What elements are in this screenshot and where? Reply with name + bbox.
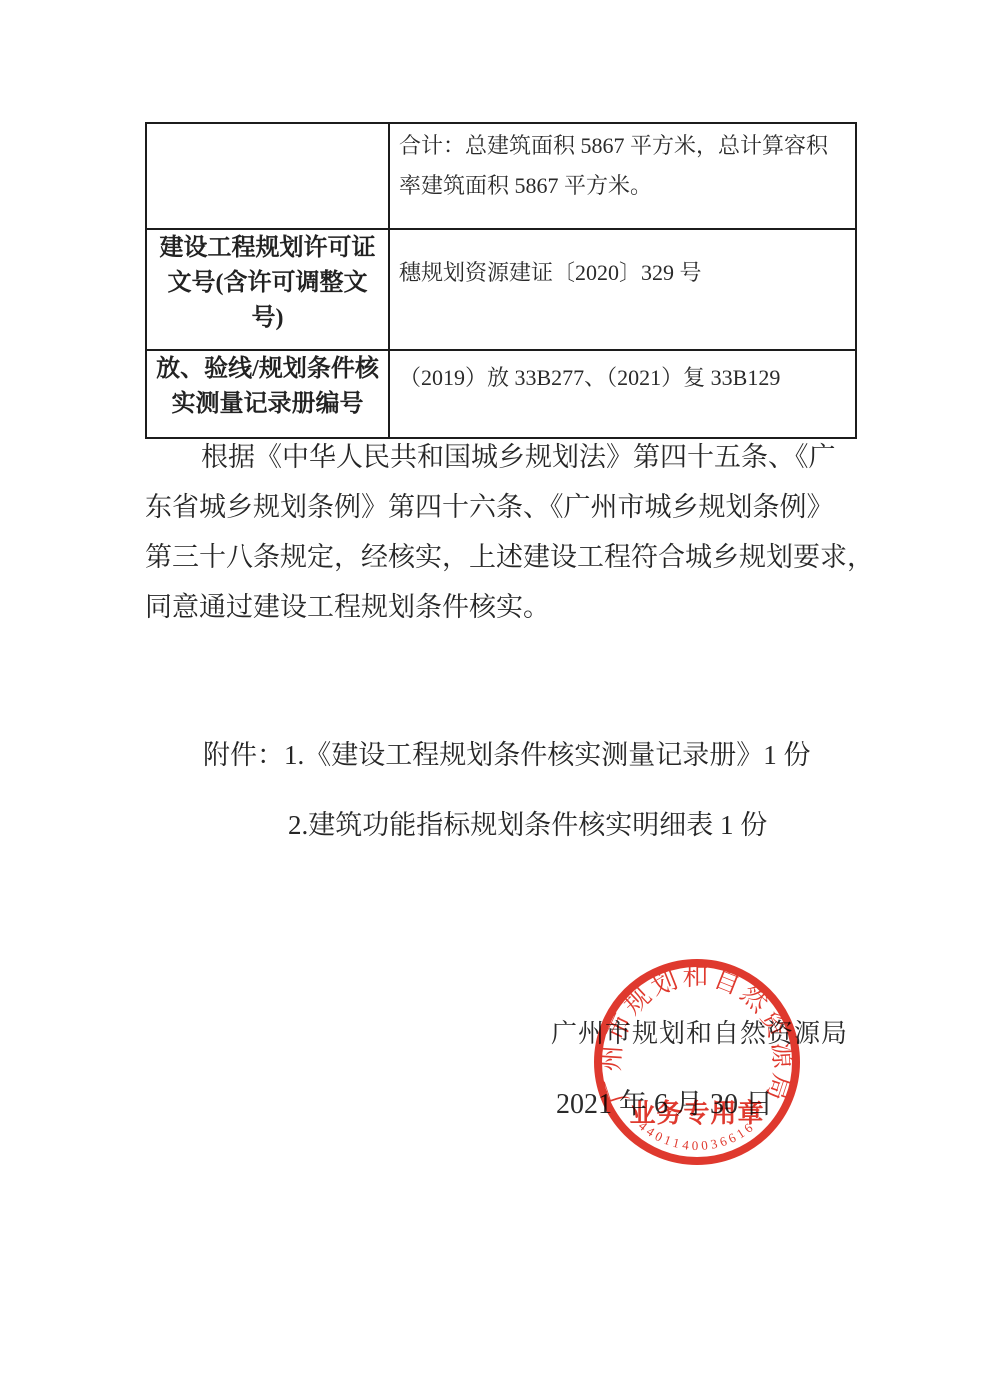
attachment-item-1: 附件：1.《建设工程规划条件核实测量记录册》1 份 bbox=[203, 740, 811, 770]
survey-record-label: 放、验线/规划条件核 实测量记录册编号 bbox=[146, 350, 389, 438]
seal-ring-text: 广州市规划和自然资源局 bbox=[596, 962, 797, 1107]
seal-label-text: 业务专用章 bbox=[629, 1098, 764, 1128]
permit-number-value: 穗规划资源建证〔2020〕329 号 bbox=[399, 231, 854, 285]
approval-paragraph: 根据《中华人民共和国城乡规划法》第四十五条、《广 东省城乡规划条例》第四十六条、… bbox=[145, 432, 865, 632]
paragraph-line: 同意通过建设工程规划条件核实。 bbox=[145, 582, 865, 632]
permit-number-value-cell: 穗规划资源建证〔2020〕329 号 bbox=[389, 229, 856, 350]
table-row: 放、验线/规划条件核 实测量记录册编号 （2019）放 33B277、（2021… bbox=[146, 350, 856, 438]
attachment-item-2: 2.建筑功能指标规划条件核实明细表 1 份 bbox=[288, 810, 767, 840]
table-row: 建设工程规划许可证 文号(含许可调整文 号) 穗规划资源建证〔2020〕329 … bbox=[146, 229, 856, 350]
row1-value-cell: 合计：总建筑面积 5867 平方米，总计算容积 率建筑面积 5867 平方米。 bbox=[389, 123, 856, 229]
planning-verification-table: 合计：总建筑面积 5867 平方米，总计算容积 率建筑面积 5867 平方米。 … bbox=[145, 122, 857, 439]
paragraph-line: 东省城乡规划条例》第四十六条、《广州市城乡规划条例》 bbox=[145, 482, 865, 532]
survey-record-value-cell: （2019）放 33B277、（2021）复 33B129 bbox=[389, 350, 856, 438]
paragraph-line: 第三十八条规定，经核实，上述建设工程符合城乡规划要求， bbox=[145, 532, 865, 582]
official-seal: 广州市规划和自然资源局 4401140036616 业务专用章 bbox=[593, 958, 801, 1166]
paragraph-line: 根据《中华人民共和国城乡规划法》第四十五条、《广 bbox=[145, 432, 865, 482]
table-row: 合计：总建筑面积 5867 平方米，总计算容积 率建筑面积 5867 平方米。 bbox=[146, 123, 856, 229]
row1-label-cell bbox=[146, 123, 389, 229]
permit-number-label: 建设工程规划许可证 文号(含许可调整文 号) bbox=[146, 229, 389, 350]
total-floor-area-value: 合计：总建筑面积 5867 平方米，总计算容积 率建筑面积 5867 平方米。 bbox=[399, 125, 854, 206]
document-page: 合计：总建筑面积 5867 平方米，总计算容积 率建筑面积 5867 平方米。 … bbox=[0, 0, 990, 1400]
survey-record-value: （2019）放 33B277、（2021）复 33B129 bbox=[399, 352, 854, 390]
